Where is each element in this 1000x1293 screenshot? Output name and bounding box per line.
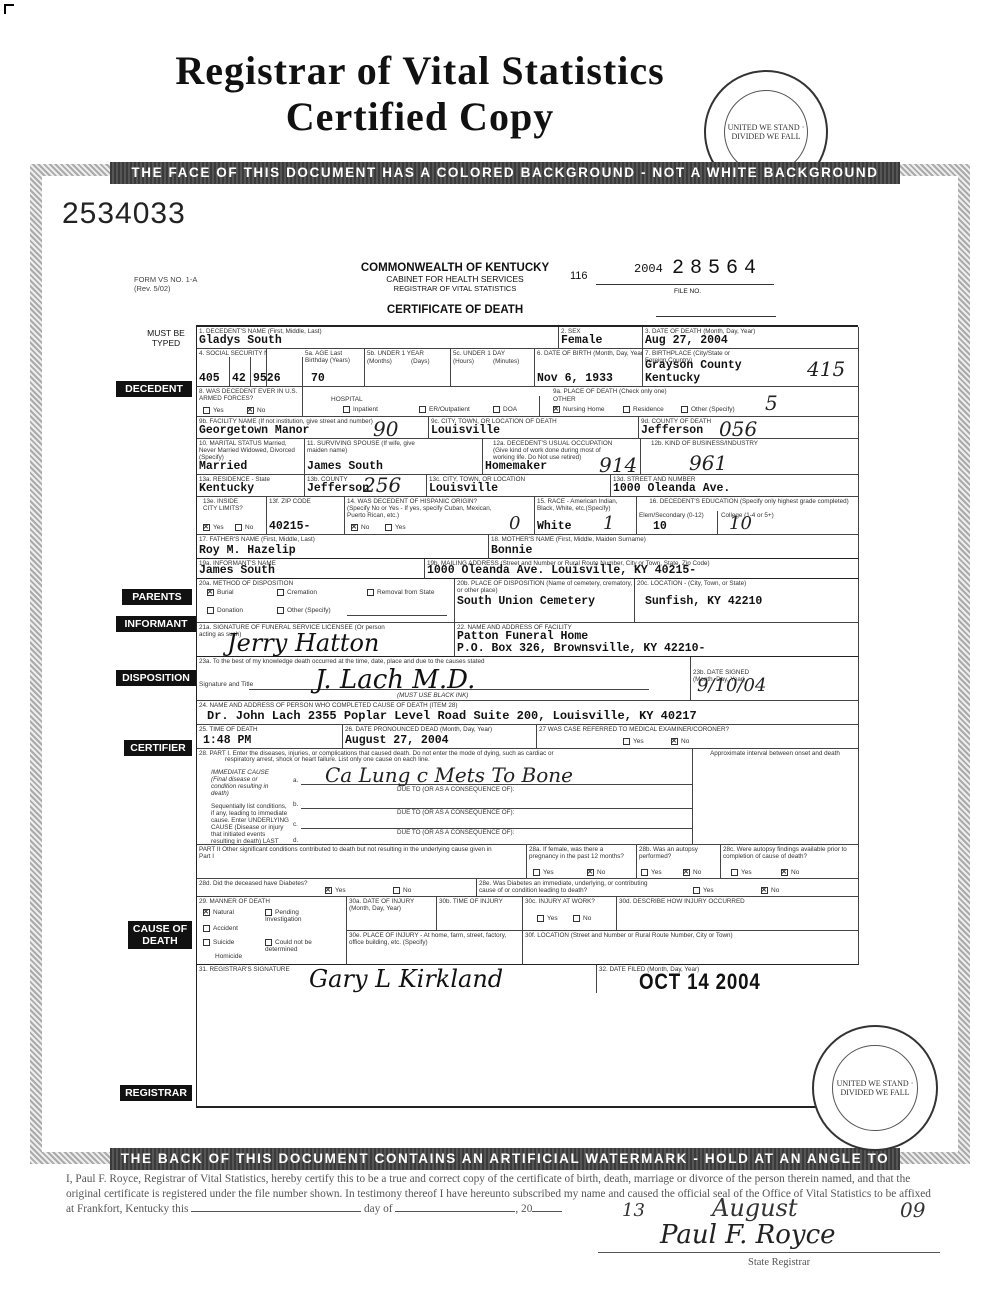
label: 28a. If female, was there a pregnancy in… xyxy=(529,846,633,860)
checkbox[interactable] xyxy=(277,607,284,614)
value: Female xyxy=(561,334,602,347)
field-medical-examiner-referral[interactable]: 27 WAS CASE REFERRED TO MEDICAL EXAMINER… xyxy=(537,725,859,749)
field-manner-of-death[interactable]: 29. MANNER OF DEATH Natural Pending Inve… xyxy=(197,897,347,965)
field-race[interactable]: 15. RACE - American Indian, Black, White… xyxy=(535,497,637,535)
label: 28d. Did the deceased have Diabetes? xyxy=(199,880,308,887)
armed-no-option[interactable]: No xyxy=(247,407,265,414)
file-number: 28564 xyxy=(672,257,762,280)
certification-statement: I, Paul F. Royce, Registrar of Vital Sta… xyxy=(66,1172,936,1217)
checkbox[interactable] xyxy=(265,939,272,946)
value: 1:48 PM xyxy=(203,734,251,747)
pregnancy-no-option[interactable]: No xyxy=(587,869,605,876)
accident-option[interactable]: Accident xyxy=(203,925,238,932)
inside-no-option[interactable]: No xyxy=(235,524,253,531)
handwritten-code: 415 xyxy=(807,357,845,381)
label: 28b. Was an autopsy performed? xyxy=(639,846,717,860)
checkbox[interactable] xyxy=(537,915,544,922)
field-disposition-location[interactable]: 20c. LOCATION - (City, Town, or State) S… xyxy=(635,579,859,623)
checkbox[interactable] xyxy=(393,887,400,894)
field-date-of-death[interactable]: 3. DATE OF DEATH (Month, Day, Year) Aug … xyxy=(643,327,859,349)
value-line2: P.O. Box 326, Brownsville, KY 42210- xyxy=(457,642,705,655)
option-label: Suicide xyxy=(213,939,234,946)
line-a-label: a. xyxy=(293,777,298,784)
value: 40215- xyxy=(269,520,310,533)
field-occupation[interactable]: 12a. DECEDENT'S USUAL OCCUPATION (Give k… xyxy=(483,439,641,475)
value: Bonnie xyxy=(491,544,532,557)
document-title: Registrar of Vital Statistics Certified … xyxy=(150,48,690,140)
label: 30a. DATE OF INJURY (Month, Day, Year) xyxy=(349,898,433,912)
label: 14. WAS DECEDENT OF HISPANIC ORIGIN? (Sp… xyxy=(347,498,497,519)
value: Dr. John Lach 2355 Poplar Level Road Sui… xyxy=(207,709,697,723)
checkbox-checked[interactable] xyxy=(587,869,594,876)
section-tag-parents: PARENTS xyxy=(122,589,192,605)
option-label: Yes xyxy=(543,869,554,876)
option-label: Other (Specify) xyxy=(691,406,735,413)
hospital-label: HOSPITAL xyxy=(331,396,363,403)
label-2: respiratory arrest, shock or heart failu… xyxy=(225,756,430,763)
seal-motto: UNITED WE STAND · DIVIDED WE FALL xyxy=(725,123,807,141)
checkbox[interactable] xyxy=(277,589,284,596)
label: 13e. INSIDE CITY LIMITS? xyxy=(203,498,253,512)
field-marital-status[interactable]: 10. MARITAL STATUS Married, Never Marrie… xyxy=(197,439,305,475)
field-education[interactable]: 16. DECEDENT'S EDUCATION (Specify only h… xyxy=(637,497,859,535)
must-be-typed-note: MUST BE TYPED xyxy=(140,328,192,348)
field-injury-description[interactable]: 30d. DESCRIBE HOW INJURY OCCURRED xyxy=(617,897,859,931)
label: Approximate interval between onset and d… xyxy=(695,750,855,757)
option-label: Yes xyxy=(703,887,714,894)
label-days: (Days) xyxy=(411,358,430,365)
diabetes-no-option[interactable]: No xyxy=(393,887,411,894)
work-no-option[interactable]: No xyxy=(573,915,591,922)
label: 30e. PLACE OF INJURY - At home, farm, st… xyxy=(349,932,519,946)
field-under-1-day[interactable]: 5c. UNDER 1 DAY (Hours) (Minutes) xyxy=(451,349,535,387)
day-line xyxy=(191,1211,361,1212)
field-injury-at-work[interactable]: 30c. INJURY AT WORK? Yes No xyxy=(523,897,617,931)
handwritten-day: 13 xyxy=(622,1200,645,1221)
date-filed-stamp: OCT 14 2004 xyxy=(639,969,761,993)
label: 10. MARITAL STATUS Married, Never Marrie… xyxy=(199,440,303,461)
death-certificate-form: 1. DECEDENT'S NAME (First, Middle, Last)… xyxy=(196,325,858,1108)
checkbox-checked[interactable] xyxy=(761,887,768,894)
option-label: Donation xyxy=(217,607,243,614)
suicide-option[interactable]: Suicide xyxy=(203,939,234,946)
label: 18. MOTHER'S NAME (First, Middle, Maiden… xyxy=(491,536,646,543)
value: Nov 6, 1933 xyxy=(537,372,613,385)
checkbox[interactable] xyxy=(367,589,374,596)
label-minutes: (Minutes) xyxy=(493,358,519,365)
value: Louisville xyxy=(429,482,498,495)
autopsy-yes-option[interactable]: Yes xyxy=(641,869,662,876)
checkbox-checked[interactable] xyxy=(207,589,214,596)
file-number-label: FILE NO. xyxy=(674,288,701,295)
checkbox[interactable] xyxy=(693,887,700,894)
field-certifier-signature[interactable]: 23a. To the best of my knowledge death o… xyxy=(197,657,691,701)
field-facility-name[interactable]: 9b. FACILITY NAME (If not institution, g… xyxy=(197,417,429,439)
nursing-home-option[interactable]: Nursing Home xyxy=(553,406,605,413)
field-licensee-signature[interactable]: 21a. SIGNATURE OF FUNERAL SERVICE LICENS… xyxy=(197,623,455,657)
checkbox-checked[interactable] xyxy=(247,407,254,414)
label: 4. SOCIAL SECURITY NO. xyxy=(199,350,267,357)
pending-option[interactable]: Pending Investigation xyxy=(265,909,335,923)
value: White xyxy=(537,520,572,533)
label: 16. DECEDENT'S EDUCATION (Specify only h… xyxy=(649,498,849,505)
field-zip[interactable]: 13f. ZIP CODE 40215- xyxy=(267,497,345,535)
licensee-signature: Jerry Hatton xyxy=(227,629,379,657)
field-hispanic-origin[interactable]: 14. WAS DECEDENT OF HISPANIC ORIGIN? (Sp… xyxy=(345,497,535,535)
banner-top: THE FACE OF THIS DOCUMENT HAS A COLORED … xyxy=(110,162,900,184)
option-label: No xyxy=(361,524,369,531)
field-residence-street[interactable]: 13d. STREET AND NUMBER 1000 Oleanda Ave. xyxy=(611,475,859,497)
value: Sunfish, KY 42210 xyxy=(645,595,762,608)
value: James South xyxy=(199,564,275,577)
value: 1000 Oleanda Ave. xyxy=(613,482,730,495)
section-tag-decedent: DECEDENT xyxy=(116,381,192,397)
option-label: DOA xyxy=(503,406,517,413)
field-diabetes-cause[interactable]: 28e. Was Diabetes an immediate, underlyi… xyxy=(477,879,859,897)
title-line-2: Certified Copy xyxy=(150,94,690,140)
ink-note: (MUST USE BLACK INK) xyxy=(397,692,468,699)
option-label: Homicide xyxy=(215,953,242,960)
checkbox[interactable] xyxy=(207,607,214,614)
option-label: Inpatient xyxy=(353,406,378,413)
label: 26. DATE PRONOUNCED DEAD (Month, Day, Ye… xyxy=(345,726,492,733)
diabetes-yes-option[interactable]: Yes xyxy=(325,887,346,894)
diabetes-cause-no-option[interactable]: No xyxy=(761,887,779,894)
field-mother-name[interactable]: 18. MOTHER'S NAME (First, Middle, Maiden… xyxy=(489,535,859,559)
checkbox[interactable] xyxy=(641,869,648,876)
referred-yes-option[interactable]: Yes xyxy=(623,738,644,745)
cremation-option[interactable]: Cremation xyxy=(277,589,317,596)
checkbox[interactable] xyxy=(419,406,426,413)
field-residence-county[interactable]: 13b. COUNTY Jefferson 256 xyxy=(305,475,427,497)
checkbox[interactable] xyxy=(623,738,630,745)
option-label: Yes xyxy=(213,524,224,531)
checkbox-checked[interactable] xyxy=(781,869,788,876)
hispanic-no-option[interactable]: No xyxy=(351,524,369,531)
field-under-1-year[interactable]: 5b. UNDER 1 YEAR (Months) (Days) xyxy=(365,349,451,387)
checkbox-checked[interactable] xyxy=(671,738,678,745)
label: 27 WAS CASE REFERRED TO MEDICAL EXAMINER… xyxy=(539,726,729,733)
autopsy-no-option[interactable]: No xyxy=(683,869,701,876)
field-disposition-method[interactable]: 20a. METHOD OF DISPOSITION Burial Cremat… xyxy=(197,579,455,623)
blank-line xyxy=(656,316,776,317)
checkbox-checked[interactable] xyxy=(325,887,332,894)
value-line1: Grayson County xyxy=(645,359,742,372)
value: Louisville xyxy=(431,424,500,437)
other-disposition-option[interactable]: Other (Specify) xyxy=(277,607,331,614)
findings-no-option[interactable]: No xyxy=(781,869,799,876)
field-place-of-disposition[interactable]: 20b. PLACE OF DISPOSITION (Name of cemet… xyxy=(455,579,635,623)
form-number: FORM VS NO. 1-A (Rev. 5/02) xyxy=(134,275,197,293)
option-label: Nursing Home xyxy=(563,406,605,413)
label: 5b. UNDER 1 YEAR xyxy=(367,350,424,357)
field-inside-city-limits[interactable]: 13e. INSIDE CITY LIMITS? Yes No xyxy=(197,497,267,535)
checkbox[interactable] xyxy=(573,915,580,922)
handwritten-code: 961 xyxy=(689,451,727,475)
other-label: OTHER xyxy=(553,396,576,403)
option-label: Yes xyxy=(335,887,346,894)
kentucky-seal-stamp-icon: UNITED WE STAND · DIVIDED WE FALL xyxy=(812,1025,938,1151)
field-residence-city[interactable]: 13c. CITY, TOWN, OR LOCATION Louisville xyxy=(427,475,611,497)
line-c-label: c. xyxy=(293,821,298,828)
residence-option[interactable]: Residence xyxy=(623,406,664,413)
year-line xyxy=(532,1211,562,1212)
checkbox-checked[interactable] xyxy=(203,909,210,916)
er-option[interactable]: ER/Outpatient xyxy=(419,406,470,413)
checkbox[interactable] xyxy=(731,869,738,876)
field-injury-date[interactable]: 30a. DATE OF INJURY (Month, Day, Year) xyxy=(347,897,437,931)
option-label: ER/Outpatient xyxy=(429,406,470,413)
field-ssn-3[interactable]: 9526 xyxy=(251,357,303,387)
field-cause-completer[interactable]: 24. NAME AND ADDRESS OF PERSON WHO COMPL… xyxy=(197,701,859,725)
due-to-3: DUE TO (OR AS A CONSEQUENCE OF): xyxy=(397,829,514,836)
label: 17. FATHER'S NAME (First, Middle, Last) xyxy=(199,536,315,543)
form-no: FORM VS NO. 1-A xyxy=(134,275,197,284)
value: 1000 Oleanda Ave. Louisville, KY 40215- xyxy=(427,564,696,577)
value: James South xyxy=(307,460,383,473)
checkbox[interactable] xyxy=(533,869,540,876)
checkbox[interactable] xyxy=(203,925,210,932)
agency-name: COMMONWEALTH OF KENTUCKY xyxy=(330,262,580,274)
handwritten-code: 5 xyxy=(765,391,778,415)
label: 12b. KIND OF BUSINESS/INDUSTRY xyxy=(651,440,758,447)
inside-yes-option[interactable]: Yes xyxy=(203,524,224,531)
option-label: Yes xyxy=(547,915,558,922)
certificate-title: CERTIFICATE OF DEATH xyxy=(330,304,580,316)
field-injury-time[interactable]: 30b. TIME OF INJURY xyxy=(437,897,523,931)
removal-option[interactable]: Removal from State xyxy=(367,589,434,596)
checkbox[interactable] xyxy=(265,909,272,916)
referred-no-option[interactable]: No xyxy=(671,738,689,745)
field-registrar-signature[interactable]: 31. REGISTRAR'S SIGNATURE Gary L Kirklan… xyxy=(197,965,597,993)
natural-option[interactable]: Natural xyxy=(203,909,234,916)
option-label: Cremation xyxy=(287,589,317,596)
field-business-industry[interactable]: 12b. KIND OF BUSINESS/INDUSTRY 961 xyxy=(641,439,859,475)
handwritten-code: 056 xyxy=(719,417,757,439)
checkbox[interactable] xyxy=(493,406,500,413)
title-line-1: Registrar of Vital Statistics xyxy=(150,48,690,94)
option-label: Accident xyxy=(213,925,238,932)
certificate-number: 2534033 xyxy=(62,197,186,231)
field-cause-part-1[interactable]: 28. PART I. Enter the diseases, injuries… xyxy=(197,749,693,845)
checkbox[interactable] xyxy=(203,939,210,946)
other-option[interactable]: Other (Specify) xyxy=(681,406,735,413)
state-registrar-signature: Paul F. Royce xyxy=(660,1220,836,1250)
option-label: Yes xyxy=(395,524,406,531)
file-year: 2004 xyxy=(634,262,663,276)
checkbox[interactable] xyxy=(623,406,630,413)
field-residence-state[interactable]: 13a. RESIDENCE - State Kentucky xyxy=(197,475,305,497)
value: Jefferson xyxy=(307,482,369,495)
hispanic-yes-option[interactable]: Yes xyxy=(385,524,406,531)
registrar-signature: Gary L Kirkland xyxy=(309,965,503,993)
inpatient-option[interactable]: Inpatient xyxy=(343,406,378,413)
handwritten-code: 90 xyxy=(373,417,398,439)
value: August 27, 2004 xyxy=(345,734,449,747)
option-label: Natural xyxy=(213,909,234,916)
field-armed-forces[interactable]: 8. WAS DECEDENT EVER IN U.S. ARMED FORCE… xyxy=(197,387,303,417)
label: PART II Other significant conditions con… xyxy=(199,846,499,860)
work-yes-option[interactable]: Yes xyxy=(537,915,558,922)
field-informant-address[interactable]: 19b. MAILING ADDRESS (Street and Number … xyxy=(425,559,859,579)
agency-header: COMMONWEALTH OF KENTUCKY CABINET FOR HEA… xyxy=(330,262,580,293)
sequential-label: Sequentially list conditions, if any, le… xyxy=(211,803,289,845)
label: 20a. METHOD OF DISPOSITION xyxy=(199,580,293,587)
label: 5c. UNDER 1 DAY xyxy=(453,350,505,357)
option-label: No xyxy=(403,887,411,894)
immediate-cause-label: IMMEDIATE CAUSE (Final disease or condit… xyxy=(211,769,281,797)
option-label: Yes xyxy=(633,738,644,745)
field-city-of-death[interactable]: 9c. CITY, TOWN, OR LOCATION OF DEATH Lou… xyxy=(429,417,639,439)
field-time-of-death[interactable]: 25. TIME OF DEATH 1:48 PM xyxy=(197,725,343,749)
value: 9526 xyxy=(253,372,281,385)
label: 30d. DESCRIBE HOW INJURY OCCURRED xyxy=(619,898,745,905)
checkbox[interactable] xyxy=(681,406,688,413)
label: 30b. TIME OF INJURY xyxy=(439,898,503,905)
due-to-1: DUE TO (OR AS A CONSEQUENCE OF): xyxy=(397,786,514,793)
field-ssn-2[interactable]: 42 xyxy=(229,357,251,387)
value: Aug 27, 2004 xyxy=(645,334,728,347)
handwritten-code: 0 xyxy=(509,513,520,534)
cause-a-handwritten: Ca Lung c Mets To Bone xyxy=(325,763,573,787)
field-informant-name[interactable]: 19a. INFORMANT'S NAME James South xyxy=(197,559,425,579)
field-decedent-name[interactable]: 1. DECEDENT'S NAME (First, Middle, Last)… xyxy=(197,327,559,349)
value: Jefferson xyxy=(641,424,703,437)
option-label: No xyxy=(257,407,265,414)
option-label: No xyxy=(791,869,799,876)
label: 20c. LOCATION - (City, Town, or State) xyxy=(637,580,746,587)
field-county-of-death[interactable]: 9d. COUNTY OF DEATH Jefferson 056 xyxy=(639,417,859,439)
option-label: Other (Specify) xyxy=(287,607,331,614)
value: Kentucky xyxy=(199,482,254,495)
month-line xyxy=(395,1211,515,1212)
doa-option[interactable]: DOA xyxy=(493,406,517,413)
label: 25. TIME OF DEATH xyxy=(199,726,258,733)
year-prefix: , 20 xyxy=(515,1203,532,1215)
value: South Union Cemetery xyxy=(457,595,595,608)
field-sex[interactable]: 2. SEX Female xyxy=(559,327,643,349)
label: 11. SURVIVING SPOUSE (If wife, give maid… xyxy=(307,440,427,454)
divider xyxy=(717,511,718,535)
field-injury-location[interactable]: 30f. LOCATION (Street and Number or Rura… xyxy=(523,931,859,965)
checkbox[interactable] xyxy=(343,406,350,413)
option-label: Yes xyxy=(651,869,662,876)
checkbox-checked[interactable] xyxy=(203,524,210,531)
label: 6. DATE OF BIRTH (Month, Day, Year) xyxy=(537,350,643,357)
section-tag-certifier: CERTIFIER xyxy=(124,740,192,756)
label: 9a. PLACE OF DEATH (Check only one) xyxy=(553,388,667,395)
divider xyxy=(539,396,540,417)
value: Roy M. Hazelip xyxy=(199,544,296,557)
pregnancy-yes-option[interactable]: Yes xyxy=(533,869,554,876)
state-registrar-title: State Registrar xyxy=(748,1257,810,1268)
checkbox-checked[interactable] xyxy=(683,869,690,876)
field-date-signed[interactable]: 23b. DATE SIGNED (Month, Day, Year) 9/10… xyxy=(691,657,859,701)
label: 8. WAS DECEDENT EVER IN U.S. ARMED FORCE… xyxy=(199,388,299,402)
checkbox-checked[interactable] xyxy=(553,406,560,413)
section-tag-disposition: DISPOSITION xyxy=(116,670,196,686)
option-label: No xyxy=(583,915,591,922)
checkbox[interactable] xyxy=(385,524,392,531)
field-father-name[interactable]: 17. FATHER'S NAME (First, Middle, Last) … xyxy=(197,535,489,559)
option-label: No xyxy=(597,869,605,876)
line-b-label: b. xyxy=(293,801,298,808)
option-label: Yes xyxy=(741,869,752,876)
value: 42 xyxy=(232,372,246,385)
registrar-name: REGISTRAR OF VITAL STATISTICS xyxy=(330,284,580,293)
label-months: (Months) xyxy=(367,358,392,365)
label: 23a. To the best of my knowledge death o… xyxy=(199,658,485,665)
label: 28e. Was Diabetes an immediate, underlyi… xyxy=(479,880,659,894)
field-interval[interactable]: Approximate interval between onset and d… xyxy=(693,749,859,845)
checkbox[interactable] xyxy=(203,407,210,414)
findings-yes-option[interactable]: Yes xyxy=(731,869,752,876)
undetermined-option[interactable]: Could not be determined xyxy=(265,939,337,953)
label: 30f. LOCATION (Street and Number or Rura… xyxy=(525,932,733,939)
certifier-signature: J. Lach M.D. xyxy=(315,665,475,695)
field-autopsy-findings[interactable]: 28c. Were autopsy findings available pri… xyxy=(721,845,859,879)
checkbox[interactable] xyxy=(235,524,242,531)
field-birthplace[interactable]: 7. BIRTHPLACE (City/State or Foreign Cou… xyxy=(643,349,859,387)
option-label: Yes xyxy=(213,407,224,414)
field-cause-part-2[interactable]: PART II Other significant conditions con… xyxy=(197,845,527,879)
field-age[interactable]: 5a. AGE Last Birthday (Years) 70 xyxy=(303,349,365,387)
field-injury-place[interactable]: 30e. PLACE OF INJURY - At home, farm, st… xyxy=(347,931,523,965)
handwritten-month: August xyxy=(712,1194,798,1222)
field-surviving-spouse[interactable]: 11. SURVIVING SPOUSE (If wife, give maid… xyxy=(305,439,483,475)
value: 10 xyxy=(653,520,667,533)
day-of-text: day of xyxy=(364,1203,393,1215)
field-autopsy[interactable]: 28b. Was an autopsy performed? Yes No xyxy=(637,845,721,879)
field-pregnancy[interactable]: 28a. If female, was there a pregnancy in… xyxy=(527,845,637,879)
handwritten-date: 9/10/04 xyxy=(697,675,766,696)
field-date-filed[interactable]: 32. DATE FILED (Month, Day, Year) OCT 14… xyxy=(597,965,859,993)
label: 28c. Were autopsy findings available pri… xyxy=(723,846,855,860)
option-label: No xyxy=(681,738,689,745)
value: Georgetown Manor xyxy=(199,424,309,437)
label: 29. MANNER OF DEATH xyxy=(199,898,270,905)
value: 405 xyxy=(199,372,220,385)
field-place-of-death[interactable]: 9a. PLACE OF DEATH (Check only one) HOSP… xyxy=(303,387,859,417)
handwritten-code: 256 xyxy=(363,475,401,497)
label-hours: (Hours) xyxy=(453,358,474,365)
value-line2: Kentucky xyxy=(645,372,700,385)
field-date-of-birth[interactable]: 6. DATE OF BIRTH (Month, Day, Year) Nov … xyxy=(535,349,643,387)
option-label: Residence xyxy=(633,406,664,413)
section-tag-cause-of-death: CAUSE OF DEATH xyxy=(128,921,192,949)
donation-option[interactable]: Donation xyxy=(207,607,243,614)
label: 31. REGISTRAR'S SIGNATURE xyxy=(199,966,290,973)
diabetes-cause-yes-option[interactable]: Yes xyxy=(693,887,714,894)
field-funeral-facility[interactable]: 22. NAME AND ADDRESS OF FACILITY Patton … xyxy=(455,623,859,657)
homicide-option[interactable]: Homicide xyxy=(215,953,242,960)
label: 13f. ZIP CODE xyxy=(269,498,311,505)
field-diabetes[interactable]: 28d. Did the deceased have Diabetes? Yes… xyxy=(197,879,477,897)
label: 5a. AGE Last Birthday (Years) xyxy=(305,350,363,364)
section-tag-informant: INFORMANT xyxy=(116,616,196,632)
value: Married xyxy=(199,460,247,473)
field-date-pronounced[interactable]: 26. DATE PRONOUNCED DEAD (Month, Day, Ye… xyxy=(343,725,537,749)
checkbox-checked[interactable] xyxy=(351,524,358,531)
handwritten-code: 914 xyxy=(599,453,637,475)
certification-text: I, Paul F. Royce, Registrar of Vital Sta… xyxy=(66,1173,931,1215)
burial-option[interactable]: Burial xyxy=(207,589,234,596)
form-rev: (Rev. 5/02) xyxy=(134,284,197,293)
option-label: No xyxy=(771,887,779,894)
armed-yes-option[interactable]: Yes xyxy=(203,407,224,414)
due-to-2: DUE TO (OR AS A CONSEQUENCE OF): xyxy=(397,809,514,816)
handwritten-code: 10 xyxy=(729,513,752,534)
